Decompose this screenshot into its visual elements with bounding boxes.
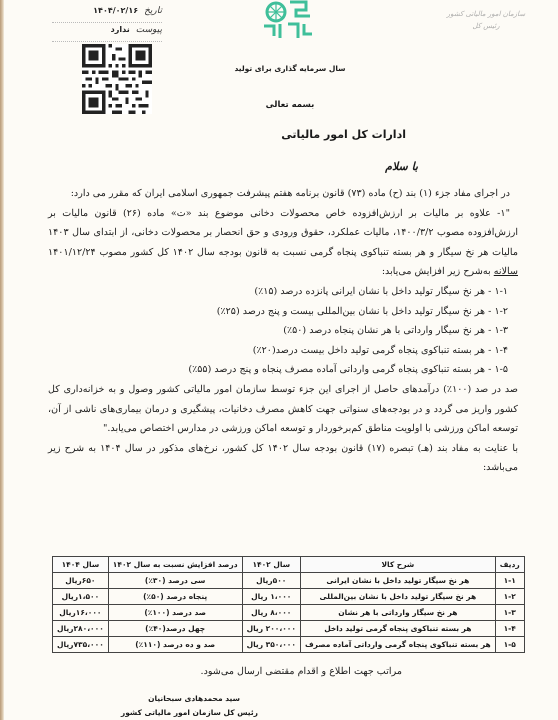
date-value: ۱۴۰۴/۰۲/۱۶ <box>93 6 138 15</box>
cell-description: هر نخ سیگار وارداتی با هر نشان <box>300 605 495 621</box>
header-row-number: ردیف <box>495 557 524 573</box>
letter-body: در اجرای مفاد جزء (۱) بند (ح) ماده (۷۳) … <box>48 184 518 478</box>
list-item: ۱-۲ - هر نخ سیگار تولید داخل با نشان بین… <box>48 302 508 322</box>
cell-year-1402: ۱،۰۰۰ ریال <box>242 589 300 605</box>
table-header-row: ردیف شرح کالا سال ۱۴۰۲ درصد افزایش نسبت … <box>53 557 525 573</box>
list-item: ۱-۴ - هر بسته تنباکوی پنجاه گرمی تولید د… <box>48 341 508 361</box>
cell-year-1402: ۲۰۰،۰۰۰ ریال <box>242 621 300 637</box>
header-increase-percent: درصد افزایش نسبت به سال ۱۴۰۲ <box>108 557 242 573</box>
cell-description: هر بسته تنباکوی پنجاه گرمی وارداتی آماده… <box>300 637 495 653</box>
cell-row-number: ۱-۲ <box>495 589 524 605</box>
cell-description: هر نخ سیگار تولید داخل با نشان ایرانی <box>300 573 495 589</box>
qr-code-icon <box>82 44 152 114</box>
stamp-line-2: رئیس کل <box>426 20 546 32</box>
cell-year-1404: ۱،۵۰۰ریال <box>53 589 109 605</box>
date-label: تاریخ <box>144 6 162 16</box>
list-item: ۱-۳ - هر نخ سیگار وارداتی با هر نشان پنج… <box>48 321 508 341</box>
attachment-row: پیوست ندارد <box>52 25 162 42</box>
cell-increase-percent: سی درصد (۳۰٪) <box>108 573 242 589</box>
tax-organization-logo-icon <box>260 0 316 40</box>
closing-line: مراتب جهت اطلاع و اقدام مقتضی ارسال می‌ش… <box>201 666 402 677</box>
attachment-value: ندارد <box>111 25 130 34</box>
table-row: ۱-۵ هر بسته تنباکوی پنجاه گرمی وارداتی آ… <box>53 637 525 653</box>
underlined-word: سالانه <box>494 266 518 277</box>
cell-year-1402: ۵۰۰ریال <box>242 573 300 589</box>
greeting: با سلام <box>385 160 418 173</box>
cell-description: هر بسته تنباکوی پنجاه گرمی تولید داخل <box>300 621 495 637</box>
quoted-paragraph-1: "۱- علاوه بر مالیات بر ارزش‌افزوده خاص م… <box>48 204 518 282</box>
signatory-title: رئیس کل سازمان امور مالیاتی کشور <box>121 708 258 717</box>
quoted-text-end: به‌شرح زیر افزایش می‌یابد: <box>382 266 491 277</box>
list-item: ۱-۱ - هر نخ سیگار تولید داخل با نشان ایر… <box>48 282 508 302</box>
cell-increase-percent: صد و ده درصد (۱۱۰٪) <box>108 637 242 653</box>
signatory-name: سید محمدهادی سبحانیان <box>148 694 240 703</box>
cell-row-number: ۱-۵ <box>495 637 524 653</box>
cell-year-1402: ۸،۰۰۰ ریال <box>242 605 300 621</box>
list-item: ۱-۵ - هر بسته تنباکوی پنجاه گرمی وارداتی… <box>48 360 508 380</box>
quoted-paragraph-2: صد در صد (۱۰۰٪) درآمدهای حاصل از اجرای ا… <box>48 380 518 439</box>
bismillah-heading: بسمه تعالی <box>240 100 340 110</box>
cell-increase-percent: پنجاه درصد (۵۰٪) <box>108 589 242 605</box>
cell-increase-percent: صد درصد (۱۰۰٪) <box>108 605 242 621</box>
cell-increase-percent: چهل درصد(۴۰٪) <box>108 621 242 637</box>
official-letter: سازمان امور مالیاتی کشور رئیس کل تاریخ ۱… <box>0 0 558 720</box>
table-row: ۱-۱ هر نخ سیگار تولید داخل با نشان ایران… <box>53 573 525 589</box>
year-slogan: سال سرمایه گذاری برای تولید <box>220 64 360 73</box>
cell-year-1404: ۲۸۰،۰۰۰ریال <box>53 621 109 637</box>
tax-rates-table: ردیف شرح کالا سال ۱۴۰۲ درصد افزایش نسبت … <box>52 556 525 653</box>
date-row: تاریخ ۱۴۰۴/۰۲/۱۶ <box>52 6 162 23</box>
handwritten-stamp: سازمان امور مالیاتی کشور رئیس کل <box>426 8 546 32</box>
cell-year-1404: ۶۵۰ریال <box>53 573 109 589</box>
budget-paragraph: با عنایت به مفاد بند (هـ) تبصره (۱۷) قان… <box>48 439 518 478</box>
table-row: ۱-۳ هر نخ سیگار وارداتی با هر نشان ۸،۰۰۰… <box>53 605 525 621</box>
cell-row-number: ۱-۳ <box>495 605 524 621</box>
table-row: ۱-۲ هر نخ سیگار تولید داخل با نشان بین‌ا… <box>53 589 525 605</box>
cell-year-1402: ۳۵۰،۰۰۰ ریال <box>242 637 300 653</box>
rate-increase-list: ۱-۱ - هر نخ سیگار تولید داخل با نشان ایر… <box>48 282 518 380</box>
cell-row-number: ۱-۱ <box>495 573 524 589</box>
attachment-label: پیوست <box>136 25 162 35</box>
letter-meta: تاریخ ۱۴۰۴/۰۲/۱۶ پیوست ندارد <box>52 6 162 44</box>
header-description: شرح کالا <box>300 557 495 573</box>
cell-row-number: ۱-۴ <box>495 621 524 637</box>
cell-year-1404: ۷۳۵،۰۰۰ریال <box>53 637 109 653</box>
cell-year-1404: ۱۶،۰۰۰ریال <box>53 605 109 621</box>
stamp-line-1: سازمان امور مالیاتی کشور <box>426 8 546 20</box>
header-year-1404: سال ۱۴۰۴ <box>53 557 109 573</box>
quoted-text: "۱- علاوه بر مالیات بر ارزش‌افزوده خاص م… <box>48 208 518 258</box>
addressee: ادارات کل امور مالیاتی <box>281 128 406 141</box>
intro-paragraph: در اجرای مفاد جزء (۱) بند (ح) ماده (۷۳) … <box>48 184 518 204</box>
table-row: ۱-۴ هر بسته تنباکوی پنجاه گرمی تولید داخ… <box>53 621 525 637</box>
header-year-1402: سال ۱۴۰۲ <box>242 557 300 573</box>
cell-description: هر نخ سیگار تولید داخل با نشان بین‌الملل… <box>300 589 495 605</box>
